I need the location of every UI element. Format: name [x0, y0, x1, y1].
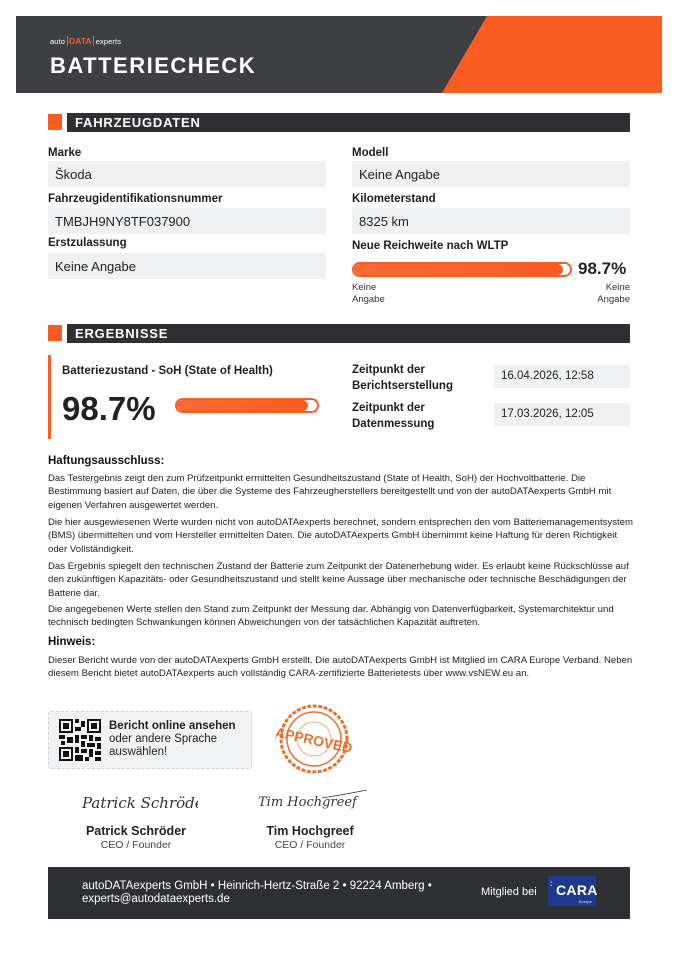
model-value: Keine Angabe [352, 161, 630, 187]
company-logo: auto DATA experts [50, 36, 121, 46]
signature-tim-hochgreef: Tim Hochgreef [252, 786, 372, 816]
section-title: ERGEBNISSE [67, 324, 630, 343]
report-time-value: 16.04.2026, 12:58 [494, 365, 630, 388]
range-label: Neue Reichweite nach WLTP [352, 240, 508, 252]
qr-code-icon[interactable] [59, 719, 101, 761]
report-header: auto DATA experts BATTERIECHECK [16, 16, 662, 93]
svg-text:APPROVED: APPROVED [276, 724, 352, 756]
measure-time-label: Zeitpunkt der Datenmessung [352, 400, 462, 432]
disclaimer-paragraph-1: Das Testergebnis zeigt den zum Prüfzeitp… [48, 472, 638, 512]
logo-highlight: DATA [67, 36, 94, 46]
cara-logo: ⁚ CARA Europe [548, 876, 596, 906]
soh-panel: Batteriezustand - SoH (State of Health) … [48, 355, 338, 439]
disclaimer-paragraph-3: Das Ergebnis spiegelt den technischen Zu… [48, 560, 638, 600]
first-registration-label: Erstzulassung [48, 237, 127, 249]
model-label: Modell [352, 147, 388, 159]
page-title: BATTERIECHECK [50, 53, 256, 79]
member-label: Mitglied bei [481, 886, 537, 898]
range-left-caption: Keine Angabe [352, 282, 402, 306]
logo-suffix: experts [96, 37, 121, 46]
notice-heading: Hinweis: [48, 636, 95, 648]
vin-label: Fahrzeugidentifikationsnummer [48, 193, 222, 205]
mileage-label: Kilometerstand [352, 193, 436, 205]
measure-time-value: 17.03.2026, 12:05 [494, 403, 630, 426]
disclaimer-paragraph-4: Die angegebenen Werte stellen den Stand … [48, 603, 638, 630]
range-right-caption: Keine Angabe [580, 282, 630, 306]
report-time-label: Zeitpunkt der Berichtserstellung [352, 362, 482, 394]
section-header-vehicle: FAHRZEUGDATEN [48, 113, 630, 132]
signer-name-2: Tim Hochgreef [230, 824, 390, 838]
soh-value: 98.7% [62, 390, 156, 428]
report-footer: autoDATAexperts GmbH • Heinrich-Hertz-St… [48, 867, 630, 919]
online-report-box[interactable]: Bericht online ansehen oder andere Sprac… [48, 711, 252, 769]
soh-progress-bar [175, 398, 319, 413]
cara-logo-text: CARA [556, 882, 598, 898]
range-progress-fill [354, 264, 563, 275]
disclaimer-heading: Haftungsausschluss: [48, 455, 164, 467]
approved-stamp-icon: APPROVED [276, 703, 352, 775]
online-report-line1: Bericht online ansehen [109, 720, 236, 732]
stars-icon: ⁚ [550, 882, 553, 888]
logo-prefix: auto [50, 37, 65, 46]
section-marker [48, 114, 62, 130]
range-progress-bar [352, 262, 572, 277]
section-title: FAHRZEUGDATEN [67, 113, 630, 132]
signer-role-1: CEO / Founder [56, 839, 216, 851]
online-report-text[interactable]: Bericht online ansehen oder andere Sprac… [109, 720, 249, 759]
mileage-value: 8325 km [352, 208, 630, 234]
brand-value: Škoda [48, 161, 326, 187]
soh-label: Batteriezustand - SoH (State of Health) [62, 365, 273, 377]
svg-text:Tim Hochgreef: Tim Hochgreef [258, 795, 359, 810]
vin-value: TMBJH9NY8TF037900 [48, 208, 326, 234]
notice-text: Dieser Bericht wurde von der autoDATAexp… [48, 654, 638, 681]
range-percent: 98.7% [578, 259, 626, 279]
signature-patrick-schroeder: Patrick Schröder [78, 786, 198, 816]
online-report-line2: oder andere Sprache auswählen! [109, 733, 217, 758]
disclaimer-paragraph-2: Die hier ausgewiesenen Werte wurden nich… [48, 516, 638, 556]
first-registration-value: Keine Angabe [48, 253, 326, 279]
section-header-results: ERGEBNISSE [48, 324, 630, 343]
soh-progress-fill [177, 400, 308, 411]
brand-label: Marke [48, 147, 81, 159]
header-accent-shape [442, 16, 662, 93]
section-marker [48, 325, 62, 341]
signer-role-2: CEO / Founder [230, 839, 390, 851]
signer-name-1: Patrick Schröder [56, 824, 216, 838]
svg-text:Patrick Schröder: Patrick Schröder [81, 794, 198, 812]
cara-logo-sub: Europe [579, 900, 592, 904]
company-address: autoDATAexperts GmbH • Heinrich-Hertz-St… [82, 880, 462, 906]
